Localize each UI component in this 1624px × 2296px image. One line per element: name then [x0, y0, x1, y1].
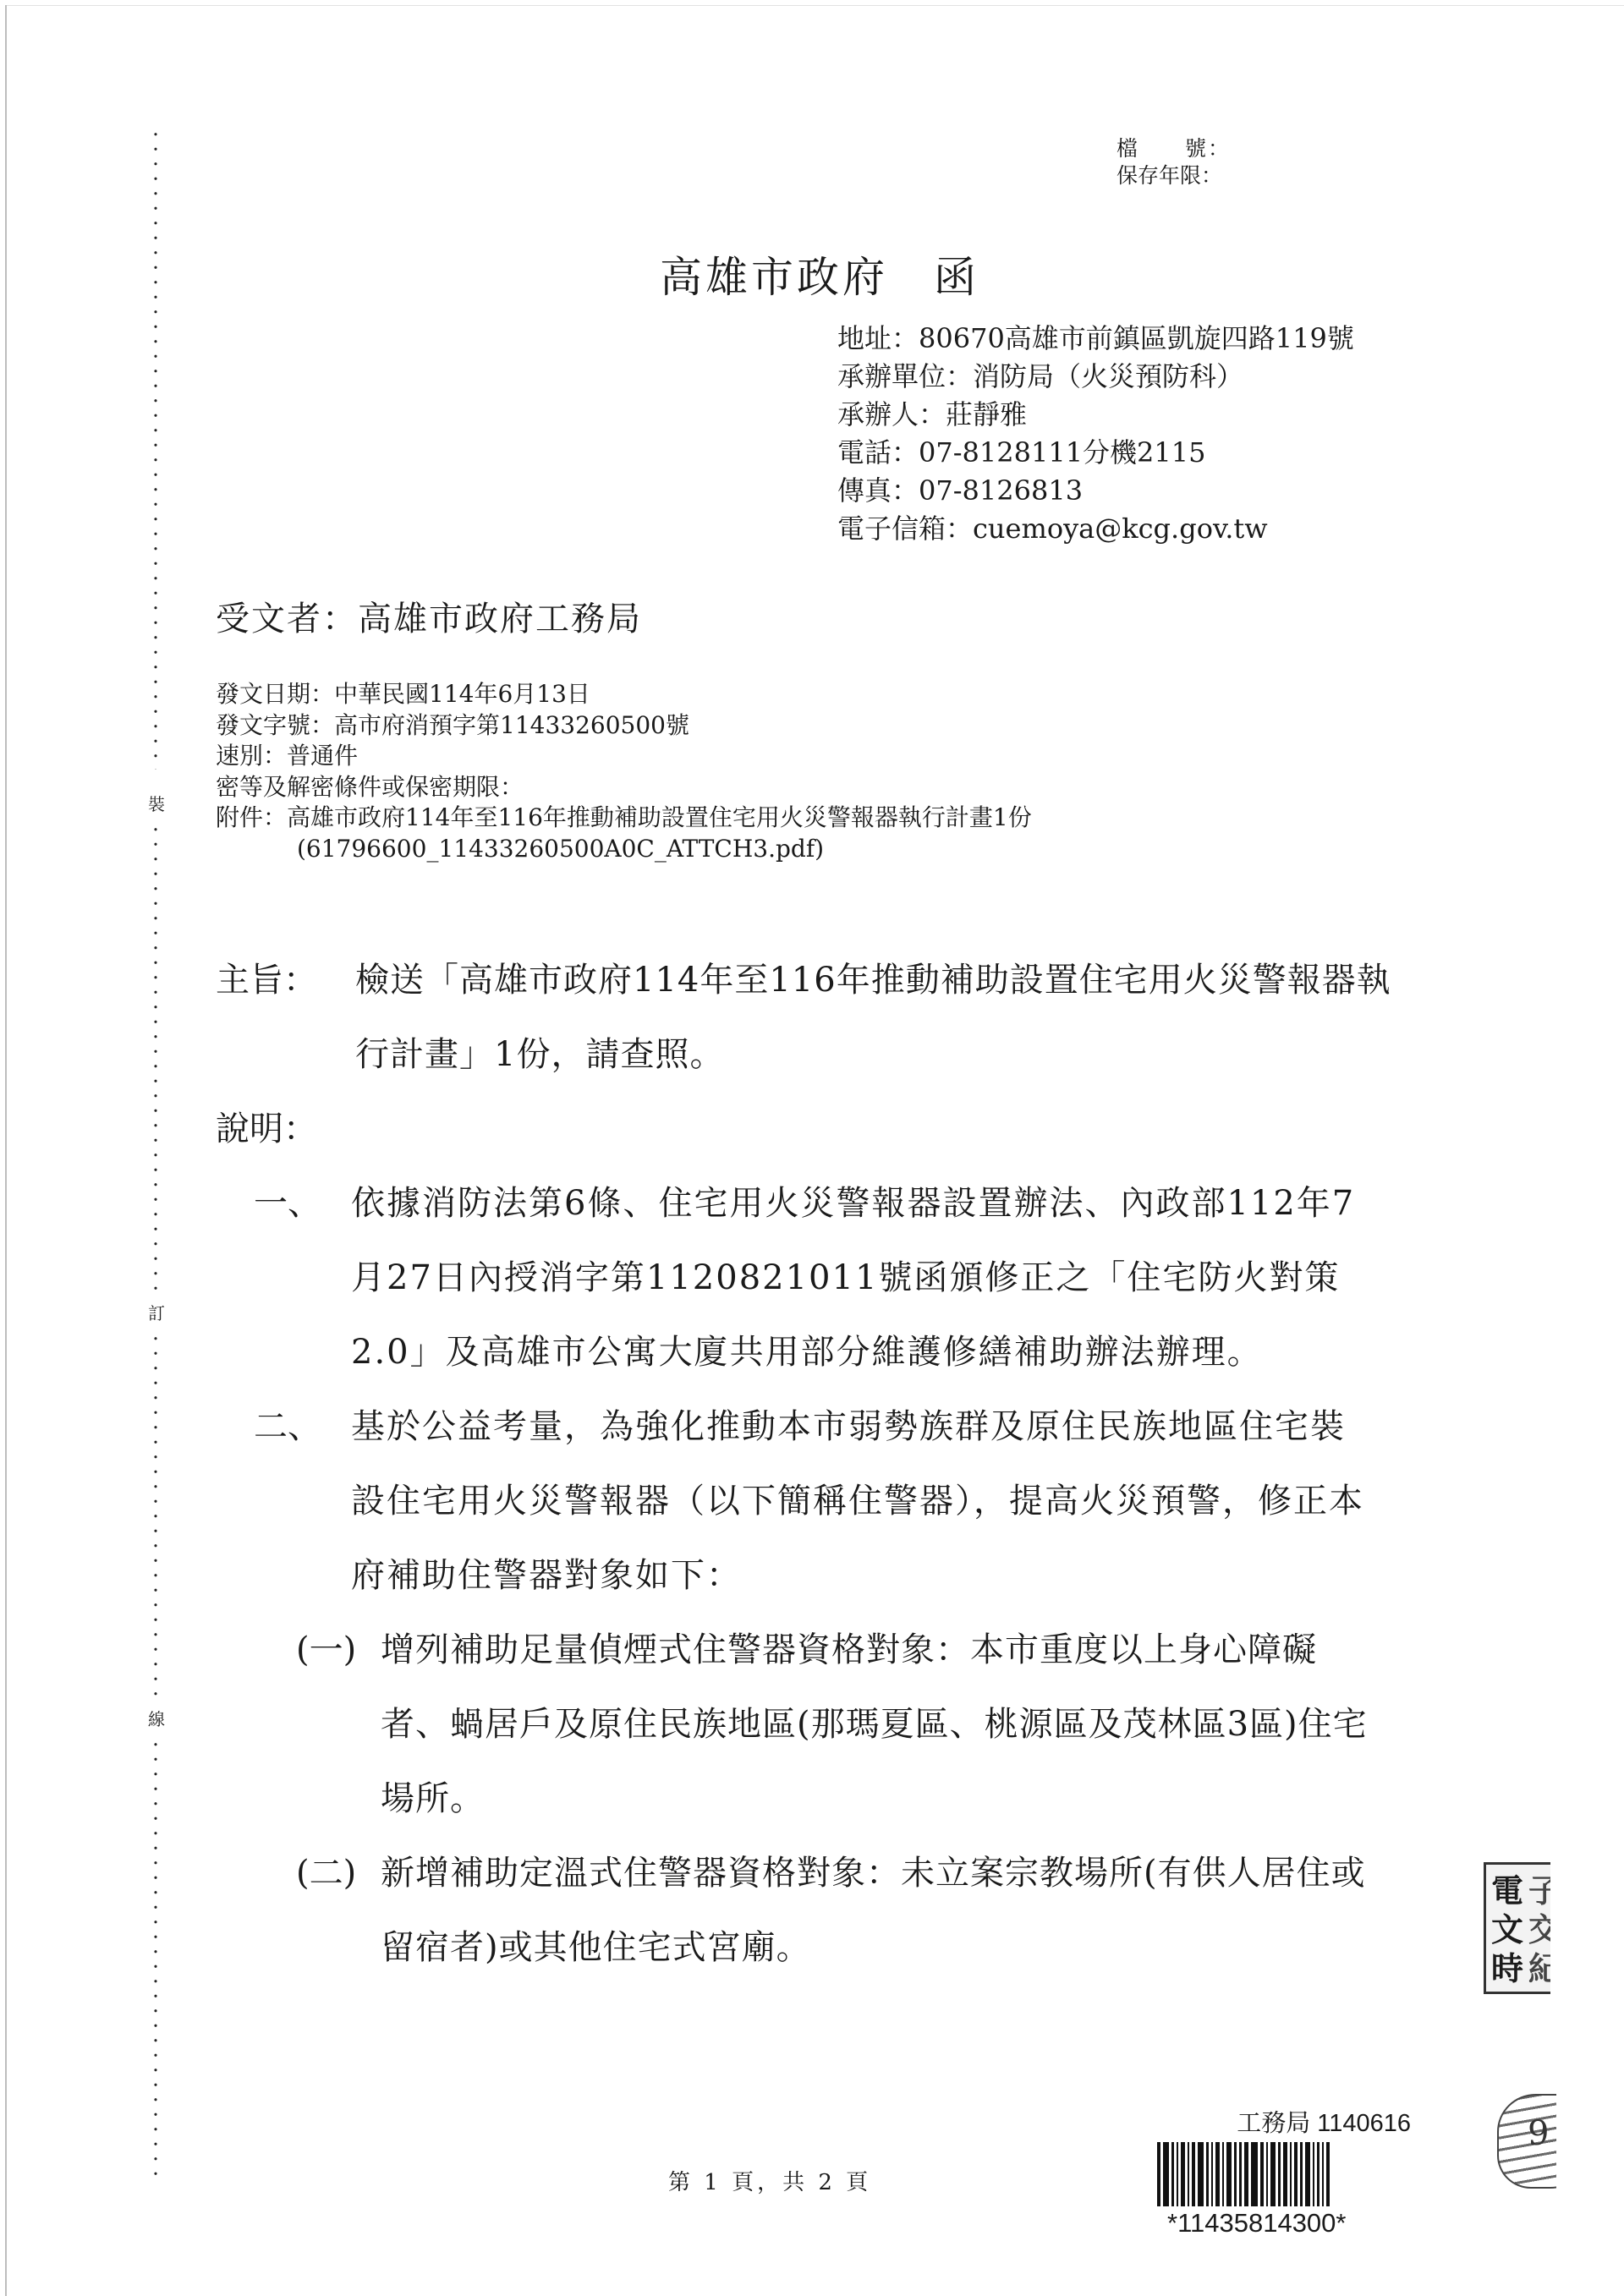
contact-phone: 電話：07-8128111分機2115	[837, 434, 1354, 472]
e-stamp-char: 文	[1490, 1910, 1525, 1949]
subject: 主旨： 檢送「高雄市政府114年至116年推動補助設置住宅用火災警報器執行計畫」…	[216, 943, 1434, 1092]
description-item-1: 一、 依據消防法第6條、住宅用火災警報器設置辦法、內政部112年7月27日內授消…	[254, 1166, 1434, 1389]
electronic-delivery-stamp: 電 文 時 子 交 紀	[1484, 1862, 1550, 1994]
document-body: 主旨： 檢送「高雄市政府114年至116年推動補助設置住宅用火災警報器執行計畫」…	[216, 943, 1434, 1985]
filing-meta: 檔 號： 保存年限：	[1116, 135, 1231, 189]
scan-page-top-edge	[5, 5, 1624, 6]
header-fields: 發文日期：中華民國114年6月13日 發文字號：高市府消預字第114332605…	[216, 679, 1032, 864]
subject-label: 主旨：	[216, 943, 355, 1092]
description-subitem-2: (二) 新增補助定溫式住警器資格對象：未立案宗教場所(有供人居住或留宿者)或其他…	[296, 1836, 1434, 1985]
description-subitem-1: (一) 增列補助足量偵煙式住警器資格對象：本市重度以上身心障礙者、蝸居戶及原住民…	[296, 1613, 1434, 1836]
e-stamp-char: 紀	[1528, 1949, 1550, 1988]
e-stamp-char: 子	[1528, 1871, 1550, 1910]
item-text: 依據消防法第6條、住宅用火災警報器設置辦法、內政部112年7月27日內授消字第1…	[351, 1166, 1379, 1389]
contact-fax: 傳真：07-8126813	[837, 472, 1354, 510]
contact-block: 地址：80670高雄市前鎮區凱旋四路119號 承辦單位：消防局（火災預防科） 承…	[837, 320, 1354, 548]
contact-handler: 承辦人：莊靜雅	[837, 396, 1354, 434]
recipient: 受文者：高雄市政府工務局	[216, 592, 642, 640]
file-number-label: 檔 號：	[1116, 135, 1231, 162]
receipt-stamp: 工務局 1140616 *11435814300*	[1157, 2104, 1411, 2238]
attachment: 附件：高雄市政府114年至116年推動補助設置住宅用火災警報器執行計畫1份	[216, 803, 1032, 834]
binding-dots	[154, 1737, 157, 2177]
retention-period-label: 保存年限：	[1116, 162, 1231, 189]
description-item-2: 二、 基於公益考量，為強化推動本市弱勢族群及原住民族地區住宅裝設住宅用火災警報器…	[254, 1389, 1434, 1613]
e-stamp-char: 電	[1490, 1871, 1525, 1910]
binding-mark-xian: 線	[144, 1708, 169, 1730]
e-stamp-column-1: 電 文 時	[1490, 1871, 1525, 1988]
document-title: 高雄市政府 函	[660, 244, 979, 304]
binding-mark-zhuang: 裝	[144, 793, 169, 815]
issue-date: 發文日期：中華民國114年6月13日	[216, 679, 1032, 710]
binding-dots	[154, 127, 157, 770]
scan-page-left-edge	[5, 5, 7, 2296]
e-stamp-column-2: 子 交 紀	[1528, 1871, 1550, 1988]
receipt-label: 工務局 1140616	[1157, 2104, 1411, 2139]
binding-dots	[154, 822, 157, 1296]
seal-stamp-icon: 9	[1490, 2089, 1556, 2190]
binding-line: 裝 訂 線	[144, 127, 169, 2173]
e-stamp-char: 交	[1528, 1910, 1550, 1949]
item-text: 基於公益考量，為強化推動本市弱勢族群及原住民族地區住宅裝設住宅用火災警報器（以下…	[351, 1389, 1379, 1613]
contact-address: 地址：80670高雄市前鎮區凱旋四路119號	[837, 320, 1354, 358]
item-number: 二、	[254, 1389, 351, 1613]
item-number: 一、	[254, 1166, 351, 1389]
subitem-number: (一)	[296, 1613, 381, 1836]
binding-mark-ding: 訂	[144, 1302, 169, 1324]
barcode-icon	[1157, 2142, 1379, 2206]
subitem-text: 增列補助足量偵煙式住警器資格對象：本市重度以上身心障礙者、蝸居戶及原住民族地區(…	[381, 1613, 1379, 1836]
delivery-speed: 速別：普通件	[216, 741, 1032, 772]
barcode-number: *11435814300*	[1167, 2208, 1411, 2238]
subitem-number: (二)	[296, 1836, 381, 1985]
contact-unit: 承辦單位：消防局（火災預防科）	[837, 358, 1354, 396]
contact-email: 電子信箱：cuemoya@kcg.gov.tw	[837, 510, 1354, 548]
document-number: 發文字號：高市府消預字第11433260500號	[216, 710, 1032, 742]
binding-dots	[154, 1331, 157, 1703]
e-stamp-char: 時	[1490, 1949, 1525, 1988]
page-number: 第 1 頁，共 2 頁	[668, 2165, 871, 2196]
security-classification: 密等及解密條件或保密期限：	[216, 772, 1032, 803]
attachment-filename: (61796600_11433260500A0C_ATTCH3.pdf)	[216, 834, 1032, 865]
seal-digit: 9	[1528, 2114, 1549, 2153]
subject-text: 檢送「高雄市政府114年至116年推動補助設置住宅用火災警報器執行計畫」1份，請…	[355, 943, 1404, 1092]
description-label: 說明：	[216, 1092, 1434, 1166]
subitem-text: 新增補助定溫式住警器資格對象：未立案宗教場所(有供人居住或留宿者)或其他住宅式宮…	[381, 1836, 1379, 1985]
